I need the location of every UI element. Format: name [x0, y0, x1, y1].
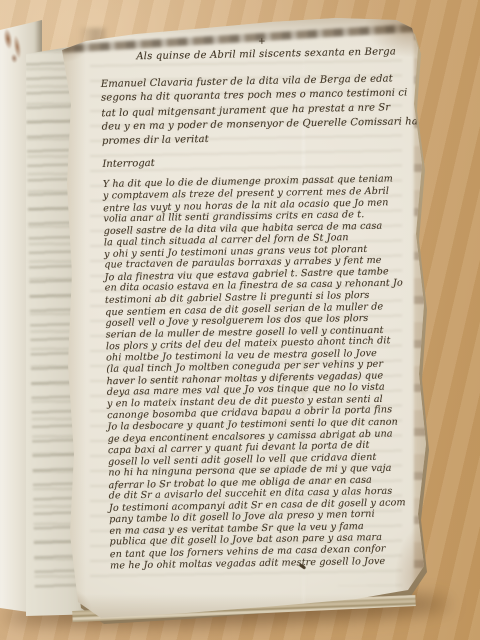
photo-of-manuscript: + Als quinse de Abril mil siscents sexan…: [0, 0, 480, 640]
interrogat-label: Interrogat: [102, 152, 438, 171]
manuscript-text: + Als quinse de Abril mil siscents sexan…: [100, 34, 446, 572]
manuscript-page: + Als quinse de Abril mil siscents sexan…: [56, 14, 436, 622]
testimony-paragraph: Y ha dit que lo die de diumenge proxim p…: [103, 173, 446, 572]
intro-paragraph: Emanuel Clavaria fuster de la dita vila …: [101, 72, 438, 150]
